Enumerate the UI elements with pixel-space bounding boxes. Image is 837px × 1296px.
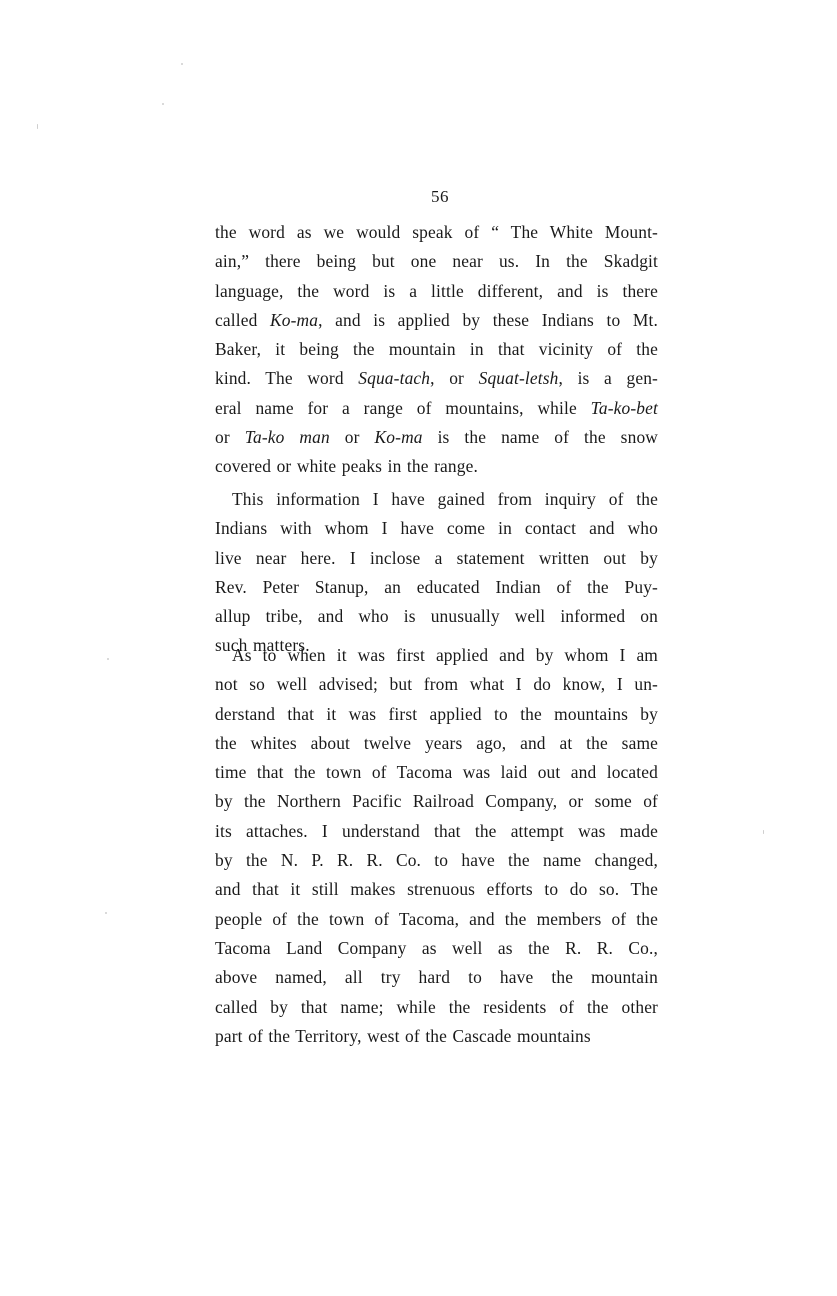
text-line: Baker, it being the mountain in that vic… (215, 335, 658, 364)
line-content: covered or white peaks in the range. (215, 456, 478, 476)
italic-term: Squat-letsh (479, 368, 559, 388)
text-line: people of the town of Tacoma, and the me… (215, 905, 658, 934)
text-run: Tacoma Land Company as well as the R. R.… (215, 938, 658, 958)
line-content: ain,” there being but one near us. In th… (215, 251, 658, 271)
line-content: Tacoma Land Company as well as the R. R.… (215, 938, 658, 958)
line-content: people of the town of Tacoma, and the me… (215, 909, 658, 929)
italic-term: Ta-ko-bet (591, 398, 658, 418)
text-run: As to when it was first applied and by w… (232, 645, 658, 665)
text-run: above named, all try hard to have the mo… (215, 967, 658, 987)
text-line: called by that name; while the residents… (215, 993, 658, 1022)
line-content: This information I have gained from inqu… (232, 489, 658, 509)
text-run: part of the Territory, west of the Casca… (215, 1026, 591, 1046)
text-run: Rev. Peter Stanup, an educated Indian of… (215, 577, 658, 597)
text-line: eral name for a range of mountains, whil… (215, 394, 658, 423)
line-content: called by that name; while the residents… (215, 997, 658, 1017)
text-line: derstand that it was first applied to th… (215, 700, 658, 729)
text-line: the whites about twelve years ago, and a… (215, 729, 658, 758)
text-run: ain,” there being but one near us. In th… (215, 251, 658, 271)
text-line: kind. The word Squa-tach, or Squat-letsh… (215, 364, 658, 393)
text-line: its attaches. I understand that the atte… (215, 817, 658, 846)
line-content: allup tribe, and who is unusually well i… (215, 606, 658, 626)
line-content: language, the word is a little different… (215, 281, 658, 301)
text-run: , is a gen- (559, 368, 659, 388)
paragraph-body: the word as we would speak of “ The Whit… (215, 218, 658, 482)
text-run: Baker, it being the mountain in that vic… (215, 339, 658, 359)
text-run: by the Northern Pacific Railroad Company… (215, 791, 658, 811)
text-run: the word as we would speak of “ The Whit… (215, 222, 658, 242)
text-line: ain,” there being but one near us. In th… (215, 247, 658, 276)
line-content: As to when it was first applied and by w… (232, 645, 658, 665)
text-run: its attaches. I understand that the atte… (215, 821, 658, 841)
scan-speck (105, 912, 107, 914)
text-run: kind. The word (215, 368, 358, 388)
text-run: time that the town of Tacoma was laid ou… (215, 762, 658, 782)
paragraph-2: This information I have gained from inqu… (215, 485, 658, 661)
paragraph-1: the word as we would speak of “ The Whit… (215, 218, 658, 482)
line-content: by the N. P. R. R. Co. to have the name … (215, 850, 658, 870)
line-content: time that the town of Tacoma was laid ou… (215, 762, 658, 782)
text-line: Rev. Peter Stanup, an educated Indian of… (215, 573, 658, 602)
scan-speck (107, 658, 109, 660)
text-line: covered or white peaks in the range. (215, 452, 658, 481)
text-line: allup tribe, and who is unusually well i… (215, 602, 658, 631)
text-run: is the name of the snow (423, 427, 658, 447)
text-line: the word as we would speak of “ The Whit… (215, 218, 658, 247)
line-content: its attaches. I understand that the atte… (215, 821, 658, 841)
italic-term: Ko-ma (270, 310, 318, 330)
text-line: or Ta-ko man or Ko-ma is the name of the… (215, 423, 658, 452)
text-run: This information I have gained from inqu… (232, 489, 658, 509)
text-line: not so well advised; but from what I do … (215, 670, 658, 699)
text-run: live near here. I inclose a statement wr… (215, 548, 658, 568)
text-run: language, the word is a little different… (215, 281, 658, 301)
line-content: eral name for a range of mountains, whil… (215, 398, 658, 418)
text-run: eral name for a range of mountains, whil… (215, 398, 591, 418)
scan-speck (181, 63, 183, 65)
text-run: or (215, 427, 245, 447)
italic-term: Squa-tach (358, 368, 430, 388)
paragraph-body: As to when it was first applied and by w… (215, 641, 658, 1051)
text-line: by the Northern Pacific Railroad Company… (215, 787, 658, 816)
line-content: live near here. I inclose a statement wr… (215, 548, 658, 568)
text-run: , and is applied by these Indians to Mt. (318, 310, 658, 330)
text-run: and that it still makes strenuous effort… (215, 879, 658, 899)
text-line: called Ko-ma, and is applied by these In… (215, 306, 658, 335)
page-number: 56 (0, 187, 837, 207)
text-run: derstand that it was first applied to th… (215, 704, 658, 724)
line-content: or Ta-ko man or Ko-ma is the name of the… (215, 427, 658, 447)
line-content: derstand that it was first applied to th… (215, 704, 658, 724)
scan-speck (763, 830, 764, 834)
text-run: covered or white peaks in the range. (215, 456, 478, 476)
paragraph-3: As to when it was first applied and by w… (215, 641, 658, 1051)
text-line: This information I have gained from inqu… (215, 485, 658, 514)
text-line: live near here. I inclose a statement wr… (215, 544, 658, 573)
text-run: allup tribe, and who is unusually well i… (215, 606, 658, 626)
text-line: above named, all try hard to have the mo… (215, 963, 658, 992)
scan-speck (37, 124, 38, 129)
text-run: people of the town of Tacoma, and the me… (215, 909, 658, 929)
text-run: the whites about twelve years ago, and a… (215, 733, 658, 753)
text-line: Tacoma Land Company as well as the R. R.… (215, 934, 658, 963)
line-content: not so well advised; but from what I do … (215, 674, 658, 694)
text-run: , or (430, 368, 478, 388)
text-run: by the N. P. R. R. Co. to have the name … (215, 850, 658, 870)
text-run: called by that name; while the residents… (215, 997, 658, 1017)
line-content: called Ko-ma, and is applied by these In… (215, 310, 658, 330)
line-content: Baker, it being the mountain in that vic… (215, 339, 658, 359)
text-line: language, the word is a little different… (215, 277, 658, 306)
line-content: by the Northern Pacific Railroad Company… (215, 791, 658, 811)
italic-term: Ko-ma (375, 427, 423, 447)
text-run: called (215, 310, 270, 330)
scan-speck (162, 103, 164, 105)
text-line: time that the town of Tacoma was laid ou… (215, 758, 658, 787)
text-line: Indians with whom I have come in contact… (215, 514, 658, 543)
paragraph-body: This information I have gained from inqu… (215, 485, 658, 661)
line-content: the whites about twelve years ago, and a… (215, 733, 658, 753)
line-content: and that it still makes strenuous effort… (215, 879, 658, 899)
text-line: by the N. P. R. R. Co. to have the name … (215, 846, 658, 875)
line-content: part of the Territory, west of the Casca… (215, 1026, 591, 1046)
text-run: Indians with whom I have come in contact… (215, 518, 658, 538)
line-content: Indians with whom I have come in contact… (215, 518, 658, 538)
line-content: kind. The word Squa-tach, or Squat-letsh… (215, 368, 658, 388)
line-content: Rev. Peter Stanup, an educated Indian of… (215, 577, 658, 597)
text-line: As to when it was first applied and by w… (215, 641, 658, 670)
text-line: and that it still makes strenuous effort… (215, 875, 658, 904)
line-content: above named, all try hard to have the mo… (215, 967, 658, 987)
italic-term: Ta-ko man (245, 427, 330, 447)
text-run: or (330, 427, 375, 447)
text-run: not so well advised; but from what I do … (215, 674, 658, 694)
line-content: the word as we would speak of “ The Whit… (215, 222, 658, 242)
text-line: part of the Territory, west of the Casca… (215, 1022, 658, 1051)
